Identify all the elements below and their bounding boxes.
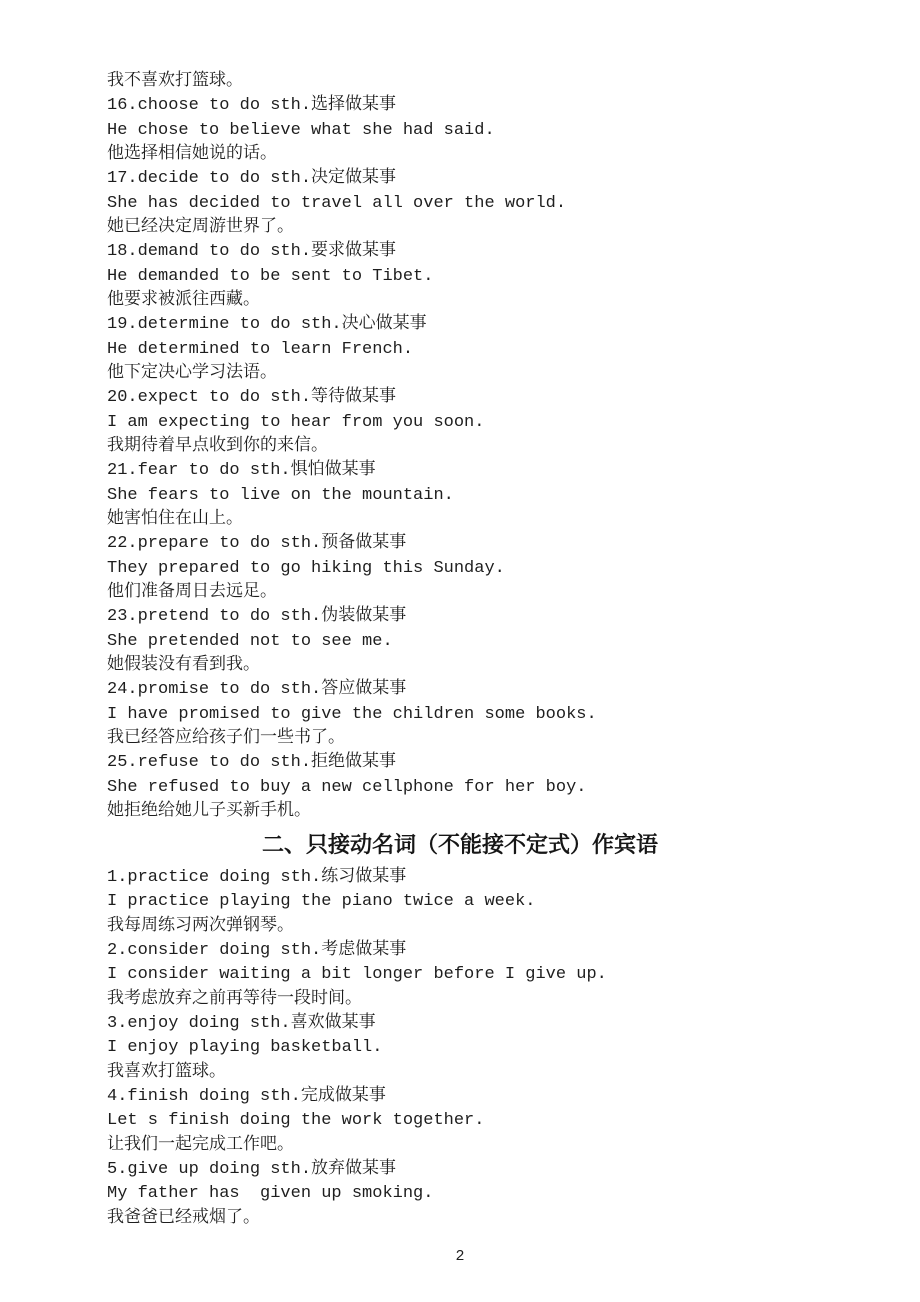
text-line: She fears to live on the mountain. [107,484,597,508]
text-line: 我考虑放弃之前再等待一段时间。 [107,988,607,1012]
text-line: 她假装没有看到我。 [107,654,597,678]
text-line: 他们准备周日去远足。 [107,581,597,605]
text-line: 19.determine to do sth.决心做某事 [107,313,597,337]
text-line: 我已经答应给孩子们一些书了。 [107,727,597,751]
text-line: 我期待着早点收到你的来信。 [107,435,597,459]
text-line: 3.enjoy doing sth.喜欢做某事 [107,1012,607,1036]
text-line: 他要求被派往西藏。 [107,289,597,313]
text-line: 16.choose to do sth.选择做某事 [107,94,597,118]
text-line: He demanded to be sent to Tibet. [107,265,597,289]
text-line: 他下定决心学习法语。 [107,362,597,386]
text-line: 让我们一起完成工作吧。 [107,1134,607,1158]
text-line: 22.prepare to do sth.预备做某事 [107,532,597,556]
text-line: 1.practice doing sth.练习做某事 [107,866,607,890]
text-line: They prepared to go hiking this Sunday. [107,557,597,581]
text-line: She has decided to travel all over the w… [107,192,597,216]
text-line: 18.demand to do sth.要求做某事 [107,240,597,264]
page-number: 2 [0,1247,920,1267]
text-line: 20.expect to do sth.等待做某事 [107,386,597,410]
section2-gerund-lines: 1.practice doing sth.练习做某事I practice pla… [107,866,607,1231]
text-line: I have promised to give the children som… [107,703,597,727]
text-line: She pretended not to see me. [107,630,597,654]
text-line: I am expecting to hear from you soon. [107,411,597,435]
text-line: 4.finish doing sth.完成做某事 [107,1085,607,1109]
text-line: 她拒绝给她儿子买新手机。 [107,800,597,824]
text-line: I consider waiting a bit longer before I… [107,963,607,987]
text-line: 他选择相信她说的话。 [107,143,597,167]
text-line: 21.fear to do sth.惧怕做某事 [107,459,597,483]
section1-infinitive-lines: 我不喜欢打篮球。16.choose to do sth.选择做某事He chos… [107,70,597,824]
text-line: 24.promise to do sth.答应做某事 [107,678,597,702]
text-line: He chose to believe what she had said. [107,119,597,143]
text-line: 23.pretend to do sth.伪装做某事 [107,605,597,629]
text-line: He determined to learn French. [107,338,597,362]
text-line: I practice playing the piano twice a wee… [107,890,607,914]
text-line: I enjoy playing basketball. [107,1036,607,1060]
text-line: 她已经决定周游世界了。 [107,216,597,240]
text-line: 25.refuse to do sth.拒绝做某事 [107,751,597,775]
section2-heading: 二、只接动名词（不能接不定式）作宾语 [0,829,920,861]
document-page: 我不喜欢打篮球。16.choose to do sth.选择做某事He chos… [0,0,920,1302]
text-line: 我爸爸已经戒烟了。 [107,1207,607,1231]
text-line: 我不喜欢打篮球。 [107,70,597,94]
text-line: Let s finish doing the work together. [107,1109,607,1133]
text-line: She refused to buy a new cellphone for h… [107,776,597,800]
text-line: 她害怕住在山上。 [107,508,597,532]
text-line: My father has given up smoking. [107,1182,607,1206]
text-line: 我喜欢打篮球。 [107,1061,607,1085]
text-line: 我每周练习两次弹钢琴。 [107,915,607,939]
text-line: 2.consider doing sth.考虑做某事 [107,939,607,963]
text-line: 17.decide to do sth.决定做某事 [107,167,597,191]
text-line: 5.give up doing sth.放弃做某事 [107,1158,607,1182]
